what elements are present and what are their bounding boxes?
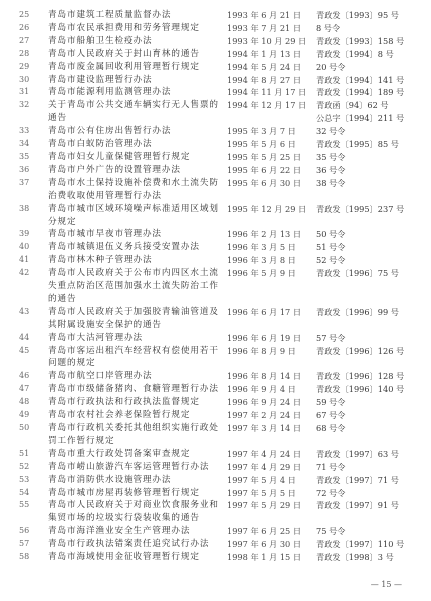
document-number-line: 青政发〔1996〕140 号 <box>316 383 404 396</box>
document-number: 青政发〔1993〕158 号 <box>316 35 404 48</box>
table-row: 37青岛市水土保持设施补偿费和水土流失防治费收取使用管理暂行办法1995 年 6… <box>0 177 431 203</box>
row-number: 34 <box>19 138 39 151</box>
row-number: 36 <box>19 164 39 177</box>
document-number: 青政发〔1994〕141 号 <box>316 74 404 87</box>
issue-date: 1995 年 6 月 30 日 <box>227 177 316 190</box>
document-number-line: 青政函〔94〕62 号 <box>316 99 404 112</box>
regulation-title: 青岛市人民政府关于加强胶青输油管道及其附属设施安全保护的通告 <box>48 306 224 332</box>
document-number: 32 号令 <box>316 125 345 138</box>
row-number: 42 <box>19 267 39 280</box>
table-row: 51青岛市重大行政处罚备案审查规定1997 年 4 月 24 日青政发〔1997… <box>0 448 431 461</box>
document-number-line: 青政发〔1996〕128 号 <box>316 370 404 383</box>
table-row: 30青岛市建设监理暂行办法1994 年 8 月 27 日青政发〔1994〕141… <box>0 74 431 87</box>
row-number: 57 <box>19 538 39 551</box>
regulation-title: 青岛市妇女儿童保健管理暂行规定 <box>48 151 224 164</box>
document-number-line: 52 号令 <box>316 254 345 267</box>
document-number: 75 号令 <box>316 525 345 538</box>
table-row: 38青岛市城市区域环境噪声标准适用区域划分规定1995 年 12 月 29 日青… <box>0 203 431 229</box>
issue-date: 1997 年 5 月 29 日 <box>227 499 316 512</box>
row-number: 38 <box>19 203 39 216</box>
document-number-line: 青政发〔1993〕95 号 <box>316 9 399 22</box>
regulation-title: 青岛市城市房屋再装修管理暂行规定 <box>48 487 224 500</box>
table-row: 54青岛市城市房屋再装修管理暂行规定1997 年 5 月 5 日72 号令 <box>0 487 431 500</box>
row-number: 27 <box>19 35 39 48</box>
regulation-title: 青岛市市级储备猪肉、食糖管理暂行办法 <box>48 383 224 396</box>
table-row: 40青岛市城镇退伍义务兵接受安置办法1996 年 3 月 5 日51 号令 <box>0 241 431 254</box>
issue-date: 1996 年 9 月 24 日 <box>227 396 316 409</box>
issue-date: 1996 年 6 月 17 日 <box>227 306 316 319</box>
document-number-line: 青政发〔1996〕126 号 <box>316 345 404 358</box>
document-number: 青政发〔1997〕63 号 <box>316 448 399 461</box>
issue-date: 1997 年 2 月 24 日 <box>227 409 316 422</box>
document-number-line: 75 号令 <box>316 525 345 538</box>
document-number: 8 号令 <box>316 22 340 35</box>
issue-date: 1995 年 12 月 29 日 <box>227 203 316 216</box>
row-number: 58 <box>19 551 39 564</box>
row-number: 43 <box>19 306 39 319</box>
regulation-title: 青岛市人民政府关于封山育林的通告 <box>48 48 224 61</box>
document-number: 青政发〔1994〕189 号 <box>316 86 404 99</box>
row-number: 54 <box>19 487 39 500</box>
document-number: 青政发〔1995〕85 号 <box>316 138 399 151</box>
issue-date: 1997 年 4 月 29 日 <box>227 461 316 474</box>
table-row: 28青岛市人民政府关于封山育林的通告1994 年 1 月 13 日青政发〔199… <box>0 48 431 61</box>
regulation-title: 青岛市航空口岸管理办法 <box>48 370 224 383</box>
row-number: 26 <box>19 22 39 35</box>
document-number-line: 青政发〔1996〕75 号 <box>316 267 399 280</box>
document-number-line: 35 号令 <box>316 151 345 164</box>
issue-date: 1997 年 6 月 30 日 <box>227 538 316 551</box>
table-row: 32关于青岛市公共交通车辆实行无人售票的通告1994 年 12 月 17 日青政… <box>0 99 431 125</box>
issue-date: 1996 年 3 月 5 日 <box>227 241 316 254</box>
document-number: 35 号令 <box>316 151 345 164</box>
regulation-title: 青岛市客运出租汽车经营权有偿使用若干问题的规定 <box>48 345 224 371</box>
row-number: 49 <box>19 409 39 422</box>
document-number-line: 20 号令 <box>316 61 345 74</box>
document-number: 青政发〔1996〕99 号 <box>316 306 399 319</box>
regulation-title: 青岛市海洋渔业安全生产管理办法 <box>48 525 224 538</box>
row-number: 44 <box>19 332 39 345</box>
issue-date: 1997 年 5 月 5 日 <box>227 487 316 500</box>
row-number: 55 <box>19 499 39 512</box>
regulation-title: 青岛市海域使用金征收管理暂行规定 <box>48 551 224 564</box>
document-number: 59 号令 <box>316 396 345 409</box>
table-row: 46青岛市航空口岸管理办法1996 年 8 月 14 日青政发〔1996〕128… <box>0 370 431 383</box>
table-row: 33青岛市公有住房出售暂行办法1995 年 3 月 7 日32 号令 <box>0 125 431 138</box>
table-row: 36青岛市户外广告的设置管理办法1995 年 6 月 22 日36 号令 <box>0 164 431 177</box>
row-number: 37 <box>19 177 39 190</box>
document-number-line: 67 号令 <box>316 409 345 422</box>
issue-date: 1995 年 3 月 7 日 <box>227 125 316 138</box>
table-row: 47青岛市市级储备猪肉、食糖管理暂行办法1996 年 9 月 4 日青政发〔19… <box>0 383 431 396</box>
row-number: 48 <box>19 396 39 409</box>
table-row: 44青岛市大沽河管理办法1996 年 6 月 19 日57 号令 <box>0 332 431 345</box>
row-number: 45 <box>19 345 39 358</box>
regulation-title: 青岛市城镇退伍义务兵接受安置办法 <box>48 241 224 254</box>
row-number: 28 <box>19 48 39 61</box>
document-number: 青政发〔1993〕95 号 <box>316 9 399 22</box>
table-row: 31青岛市能源利用监测管理办法1994 年 11 月 17 日青政发〔1994〕… <box>0 86 431 99</box>
table-row: 58青岛市海域使用金征收管理暂行规定1998 年 1 月 15 日青政发〔199… <box>0 551 431 564</box>
regulation-title: 青岛市户外广告的设置管理办法 <box>48 164 224 177</box>
document-number-line: 50 号令 <box>316 228 345 241</box>
document-number: 青政发〔1996〕140 号 <box>316 383 404 396</box>
table-row: 50青岛市行政机关委托其他组织实施行政处罚工作暂行规定1997 年 3 月 14… <box>0 422 431 448</box>
regulation-title: 青岛市大沽河管理办法 <box>48 332 224 345</box>
regulation-title: 青岛市建筑工程质量监督办法 <box>48 9 224 22</box>
regulation-title: 青岛市重大行政处罚备案审查规定 <box>48 448 224 461</box>
document-number-line: 青政发〔1997〕110 号 <box>316 538 404 551</box>
document-number-line: 公总字〔1994〕211 号 <box>316 112 404 125</box>
regulation-title: 青岛市人民政府关于公布市内四区水土流失重点防治区范围加强水土流失防治工作的通告 <box>48 267 224 306</box>
document-number: 青政发〔1997〕91 号 <box>316 499 399 512</box>
regulation-title: 青岛市能源利用监测管理办法 <box>48 86 224 99</box>
document-number: 68 号令 <box>316 422 345 435</box>
document-number-line: 68 号令 <box>316 422 345 435</box>
regulation-title: 青岛市城市早夜市管理办法 <box>48 228 224 241</box>
issue-date: 1998 年 1 月 15 日 <box>227 551 316 564</box>
issue-date: 1994 年 11 月 17 日 <box>227 86 316 99</box>
row-number: 51 <box>19 448 39 461</box>
row-number: 46 <box>19 370 39 383</box>
document-number: 青政函〔94〕62 号公总字〔1994〕211 号 <box>316 99 404 125</box>
row-number: 31 <box>19 86 39 99</box>
document-number-line: 青政发〔1994〕189 号 <box>316 86 404 99</box>
table-row: 34青岛市白蚁防治管理办法1995 年 5 月 6 日青政发〔1995〕85 号 <box>0 138 431 151</box>
document-number: 71 号令 <box>316 461 345 474</box>
document-number-line: 57 号令 <box>316 332 345 345</box>
table-row: 52青岛市崂山旅游汽车客运管理暂行办法1997 年 4 月 29 日71 号令 <box>0 461 431 474</box>
row-number: 47 <box>19 383 39 396</box>
issue-date: 1996 年 2 月 13 日 <box>227 228 316 241</box>
regulation-title: 青岛市林木种子管理办法 <box>48 254 224 267</box>
row-number: 40 <box>19 241 39 254</box>
document-number-line: 青政发〔1998〕3 号 <box>316 551 394 564</box>
row-number: 52 <box>19 461 39 474</box>
document-number-line: 青政发〔1993〕158 号 <box>316 35 404 48</box>
issue-date: 1997 年 4 月 24 日 <box>227 448 316 461</box>
regulation-title: 关于青岛市公共交通车辆实行无人售票的通告 <box>48 99 224 125</box>
document-number-line: 32 号令 <box>316 125 345 138</box>
document-number: 青政发〔1996〕126 号 <box>316 345 404 358</box>
document-number: 青政发〔1997〕110 号 <box>316 538 404 551</box>
document-number-line: 51 号令 <box>316 241 345 254</box>
document-number: 67 号令 <box>316 409 345 422</box>
row-number: 41 <box>19 254 39 267</box>
regulation-title: 青岛市行政机关委托其他组织实施行政处罚工作暂行规定 <box>48 422 224 448</box>
document-number-line: 青政发〔1997〕71 号 <box>316 474 399 487</box>
table-row: 39青岛市城市早夜市管理办法1996 年 2 月 13 日50 号令 <box>0 228 431 241</box>
document-number: 50 号令 <box>316 228 345 241</box>
document-number-line: 71 号令 <box>316 461 345 474</box>
document-number: 青政发〔1998〕3 号 <box>316 551 394 564</box>
issue-date: 1997 年 3 月 14 日 <box>227 422 316 435</box>
regulation-title: 青岛市白蚁防治管理办法 <box>48 138 224 151</box>
issue-date: 1995 年 5 月 25 日 <box>227 151 316 164</box>
issue-date: 1996 年 9 月 4 日 <box>227 383 316 396</box>
issue-date: 1994 年 8 月 27 日 <box>227 74 316 87</box>
document-number: 36 号令 <box>316 164 345 177</box>
row-number: 32 <box>19 99 39 112</box>
document-number: 青政发〔1996〕128 号 <box>316 370 404 383</box>
row-number: 35 <box>19 151 39 164</box>
table-row: 27青岛市船舶卫生检疫办法1993 年 10 月 29 日青政发〔1993〕15… <box>0 35 431 48</box>
document-number-line: 8 号令 <box>316 22 340 35</box>
issue-date: 1996 年 3 月 8 日 <box>227 254 316 267</box>
row-number: 53 <box>19 474 39 487</box>
document-number-line: 72 号令 <box>316 487 345 500</box>
regulation-title: 青岛市船舶卫生检疫办法 <box>48 35 224 48</box>
regulation-title: 青岛市崂山旅游汽车客运管理暂行办法 <box>48 461 224 474</box>
row-number: 50 <box>19 422 39 435</box>
document-number-line: 青政发〔1997〕91 号 <box>316 499 399 512</box>
issue-date: 1996 年 8 月 9 日 <box>227 345 316 358</box>
regulation-title: 青岛市行政执法和行政执法监督规定 <box>48 396 224 409</box>
row-number: 30 <box>19 74 39 87</box>
row-number: 29 <box>19 61 39 74</box>
regulation-title: 青岛市公有住房出售暂行办法 <box>48 125 224 138</box>
table-row: 35青岛市妇女儿童保健管理暂行规定1995 年 5 月 25 日35 号令 <box>0 151 431 164</box>
issue-date: 1996 年 8 月 14 日 <box>227 370 316 383</box>
regulation-title: 青岛市消防供水设施管理办法 <box>48 474 224 487</box>
page-number: — 15 — <box>371 580 402 589</box>
regulation-title: 青岛市城市区域环境噪声标准适用区域划分规定 <box>48 203 224 229</box>
issue-date: 1994 年 12 月 17 日 <box>227 99 316 112</box>
regulation-title: 青岛市水土保持设施补偿费和水土流失防治费收取使用管理暂行办法 <box>48 177 224 203</box>
issue-date: 1996 年 6 月 19 日 <box>227 332 316 345</box>
document-number: 57 号令 <box>316 332 345 345</box>
issue-date: 1993 年 10 月 29 日 <box>227 35 316 48</box>
issue-date: 1993 年 7 月 21 日 <box>227 22 316 35</box>
document-number-line: 59 号令 <box>316 396 345 409</box>
document-number: 20 号令 <box>316 61 345 74</box>
regulation-title: 青岛市农民承担费用和劳务管理规定 <box>48 22 224 35</box>
row-number: 25 <box>19 9 39 22</box>
row-number: 56 <box>19 525 39 538</box>
table-row: 29青岛市废金属回收利用管理暂行规定1994 年 5 月 24 日20 号令 <box>0 61 431 74</box>
table-row: 42青岛市人民政府关于公布市内四区水土流失重点防治区范围加强水土流失防治工作的通… <box>0 267 431 306</box>
table-row: 43青岛市人民政府关于加强胶青输油管道及其附属设施安全保护的通告1996 年 6… <box>0 306 431 332</box>
document-table: 25青岛市建筑工程质量监督办法1993 年 6 月 21 日青政发〔1993〕9… <box>0 9 431 564</box>
document-number-line: 青政发〔1997〕63 号 <box>316 448 399 461</box>
table-row: 56青岛市海洋渔业安全生产管理办法1997 年 6 月 25 日75 号令 <box>0 525 431 538</box>
table-row: 26青岛市农民承担费用和劳务管理规定1993 年 7 月 21 日8 号令 <box>0 22 431 35</box>
table-row: 25青岛市建筑工程质量监督办法1993 年 6 月 21 日青政发〔1993〕9… <box>0 9 431 22</box>
table-row: 41青岛市林木种子管理办法1996 年 3 月 8 日52 号令 <box>0 254 431 267</box>
regulation-title: 青岛市废金属回收利用管理暂行规定 <box>48 61 224 74</box>
document-number-line: 青政发〔1994〕8 号 <box>316 48 394 61</box>
document-number-line: 青政发〔1995〕237 号 <box>316 203 404 216</box>
document-number: 青政发〔1994〕8 号 <box>316 48 394 61</box>
regulation-title: 青岛市行政执法错案责任追究试行办法 <box>48 538 224 551</box>
document-number: 51 号令 <box>316 241 345 254</box>
document-number-line: 青政发〔1996〕99 号 <box>316 306 399 319</box>
issue-date: 1996 年 5 月 9 日 <box>227 267 316 280</box>
row-number: 33 <box>19 125 39 138</box>
table-row: 55青岛市人民政府关于对商业饮食服务业和集贸市场的垃圾实行袋装收集的通告1997… <box>0 499 431 525</box>
table-row: 53青岛市消防供水设施管理办法1997 年 5 月 4 日青政发〔1997〕71… <box>0 474 431 487</box>
issue-date: 1993 年 6 月 21 日 <box>227 9 316 22</box>
issue-date: 1997 年 5 月 4 日 <box>227 474 316 487</box>
table-row: 57青岛市行政执法错案责任追究试行办法1997 年 6 月 30 日青政发〔19… <box>0 538 431 551</box>
issue-date: 1994 年 1 月 13 日 <box>227 48 316 61</box>
regulation-title: 青岛市人民政府关于对商业饮食服务业和集贸市场的垃圾实行袋装收集的通告 <box>48 499 224 525</box>
document-number: 青政发〔1997〕71 号 <box>316 474 399 487</box>
issue-date: 1995 年 5 月 6 日 <box>227 138 316 151</box>
document-number-line: 青政发〔1994〕141 号 <box>316 74 404 87</box>
document-number-line: 36 号令 <box>316 164 345 177</box>
regulation-title: 青岛市建设监理暂行办法 <box>48 74 224 87</box>
document-number-line: 青政发〔1995〕85 号 <box>316 138 399 151</box>
document-number-line: 38 号令 <box>316 177 345 190</box>
document-number: 38 号令 <box>316 177 345 190</box>
document-number: 52 号令 <box>316 254 345 267</box>
document-number: 青政发〔1995〕237 号 <box>316 203 404 216</box>
table-row: 49青岛市农村社会养老保险暂行规定1997 年 2 月 24 日67 号令 <box>0 409 431 422</box>
issue-date: 1994 年 5 月 24 日 <box>227 61 316 74</box>
table-row: 45青岛市客运出租汽车经营权有偿使用若干问题的规定1996 年 8 月 9 日青… <box>0 345 431 371</box>
document-number: 青政发〔1996〕75 号 <box>316 267 399 280</box>
document-number: 72 号令 <box>316 487 345 500</box>
issue-date: 1997 年 6 月 25 日 <box>227 525 316 538</box>
regulation-title: 青岛市农村社会养老保险暂行规定 <box>48 409 224 422</box>
row-number: 39 <box>19 228 39 241</box>
issue-date: 1995 年 6 月 22 日 <box>227 164 316 177</box>
table-row: 48青岛市行政执法和行政执法监督规定1996 年 9 月 24 日59 号令 <box>0 396 431 409</box>
